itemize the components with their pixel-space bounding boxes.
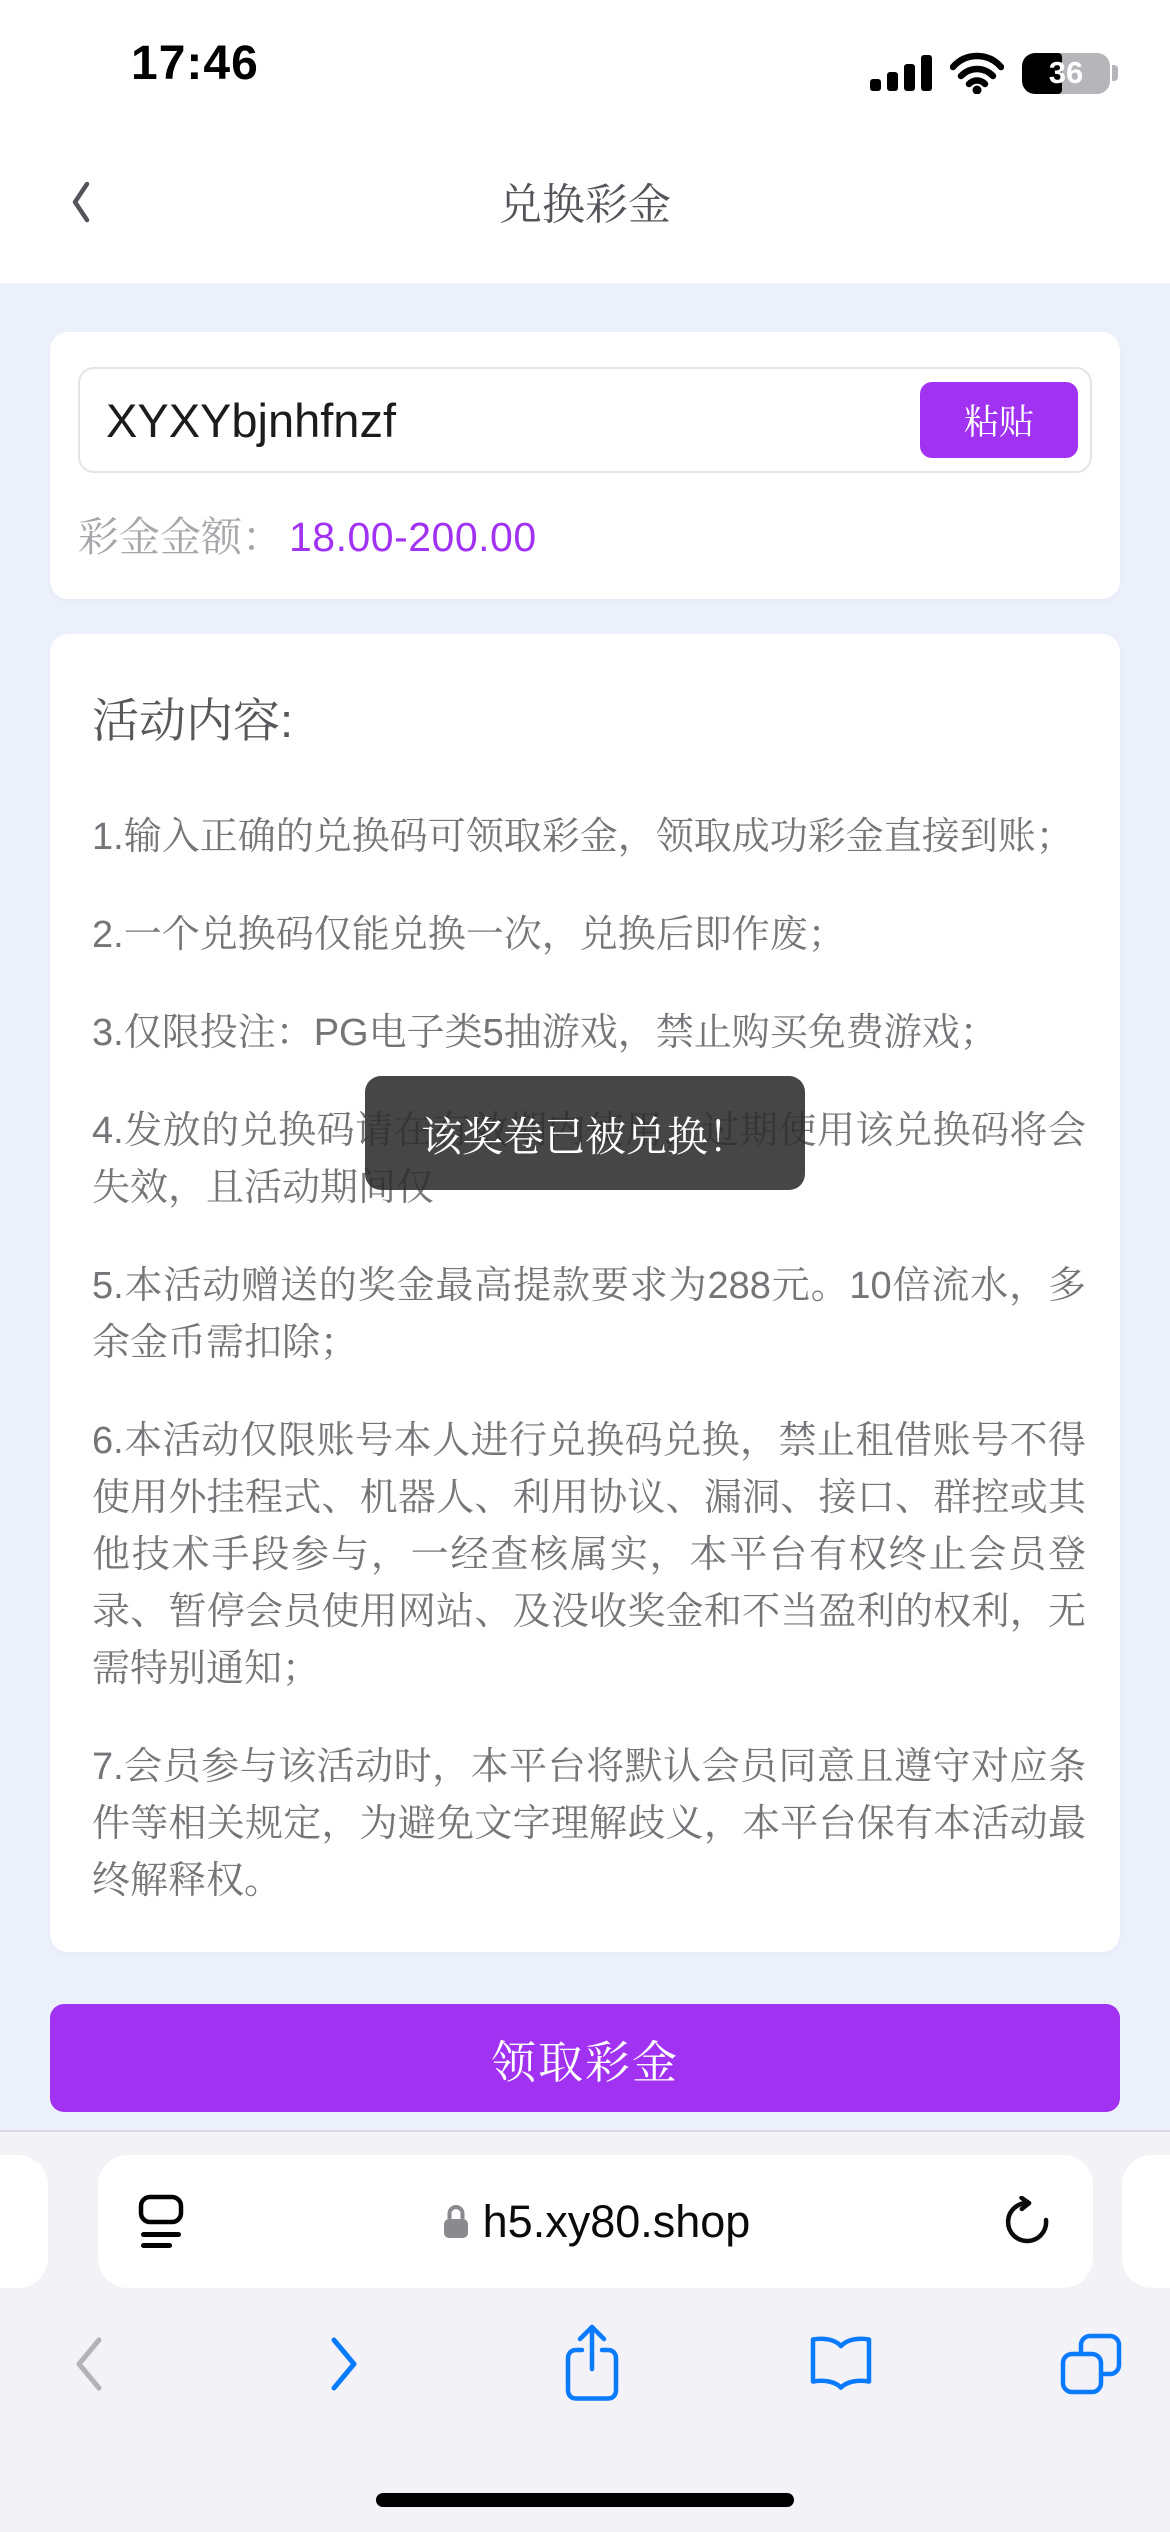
tabs-icon — [1059, 2332, 1123, 2396]
rule-item-1: 1.输入正确的兑换码可领取彩金，领取成功彩金直接到账； — [92, 809, 1086, 866]
code-input-row: 粘贴 — [78, 367, 1092, 473]
status-icons: 36 — [870, 52, 1118, 94]
home-indicator[interactable] — [376, 2493, 794, 2507]
rule-item-6: 6.本活动仅限账号本人进行兑换码兑换，禁止租借账号不得使用外挂程式、机器人、利用… — [92, 1413, 1086, 1698]
paste-button[interactable]: 粘贴 — [920, 382, 1078, 458]
next-tab-stub[interactable] — [1122, 2155, 1170, 2288]
rule-item-3: 3.仅限投注：PG电子类5抽游戏，禁止购买免费游戏； — [92, 1005, 1086, 1062]
chevron-left-icon — [71, 2336, 105, 2392]
rule-item-7: 7.会员参与该活动时，本平台将默认会员同意且遵守对应条件等相关规定，为避免文字理… — [92, 1739, 1086, 1910]
bonus-amount-label: 彩金金额： — [78, 504, 283, 563]
status-bar: 17:46 36 — [0, 0, 1170, 120]
chevron-right-icon — [328, 2336, 362, 2392]
book-icon — [805, 2335, 877, 2393]
reload-button[interactable] — [1001, 2196, 1053, 2248]
battery-cap — [1112, 65, 1118, 81]
activity-rules-card: 活动内容: 1.输入正确的兑换码可领取彩金，领取成功彩金直接到账； 2.一个兑换… — [50, 634, 1120, 1952]
battery-icon: 36 — [1022, 53, 1118, 94]
redeem-code-input[interactable] — [106, 393, 920, 448]
address-bar-row: h5.xy80.shop — [0, 2155, 1170, 2288]
safari-bottom-bar: h5.xy80.shop — [0, 2130, 1170, 2532]
page-header: 兑换彩金 — [0, 120, 1170, 283]
clock: 17:46 — [131, 36, 259, 91]
url-display: h5.xy80.shop — [441, 2196, 751, 2248]
rules-heading: 活动内容: — [92, 684, 1086, 751]
bookmarks-button[interactable] — [805, 2335, 877, 2393]
claim-bonus-button[interactable]: 领取彩金 — [50, 2004, 1120, 2112]
redeem-code-card: 粘贴 彩金金额： 18.00-200.00 — [50, 332, 1120, 599]
battery-percent: 36 — [1022, 53, 1110, 94]
previous-tab-stub[interactable] — [0, 2155, 48, 2288]
reader-options-button[interactable] — [138, 2194, 184, 2250]
share-icon — [560, 2323, 624, 2405]
iphone-screen: 17:46 36 — [0, 0, 1170, 2532]
address-bar[interactable]: h5.xy80.shop — [98, 2155, 1093, 2288]
share-button[interactable] — [560, 2323, 624, 2405]
tabs-button[interactable] — [1059, 2332, 1123, 2396]
browser-back-button[interactable] — [71, 2336, 105, 2392]
lock-icon — [441, 2203, 471, 2241]
reload-icon — [1001, 2196, 1053, 2248]
browser-forward-button[interactable] — [328, 2336, 362, 2392]
toast-message: 该奖卷已被兑换！ — [365, 1076, 805, 1190]
wifi-icon — [950, 52, 1004, 94]
page-title: 兑换彩金 — [0, 171, 1170, 232]
webpage-body: 粘贴 彩金金额： 18.00-200.00 活动内容: 1.输入正确的兑换码可领… — [0, 283, 1170, 2131]
bonus-amount-value: 18.00-200.00 — [289, 514, 537, 561]
bonus-amount-row: 彩金金额： 18.00-200.00 — [78, 504, 1092, 563]
cellular-signal-icon — [870, 53, 932, 93]
url-text: h5.xy80.shop — [483, 2196, 751, 2248]
rule-item-5: 5.本活动赠送的奖金最高提款要求为288元。10倍流水，多余金币需扣除； — [92, 1258, 1086, 1372]
reader-lines-icon — [138, 2194, 184, 2250]
rule-item-2: 2.一个兑换码仅能兑换一次，兑换后即作废； — [92, 907, 1086, 964]
